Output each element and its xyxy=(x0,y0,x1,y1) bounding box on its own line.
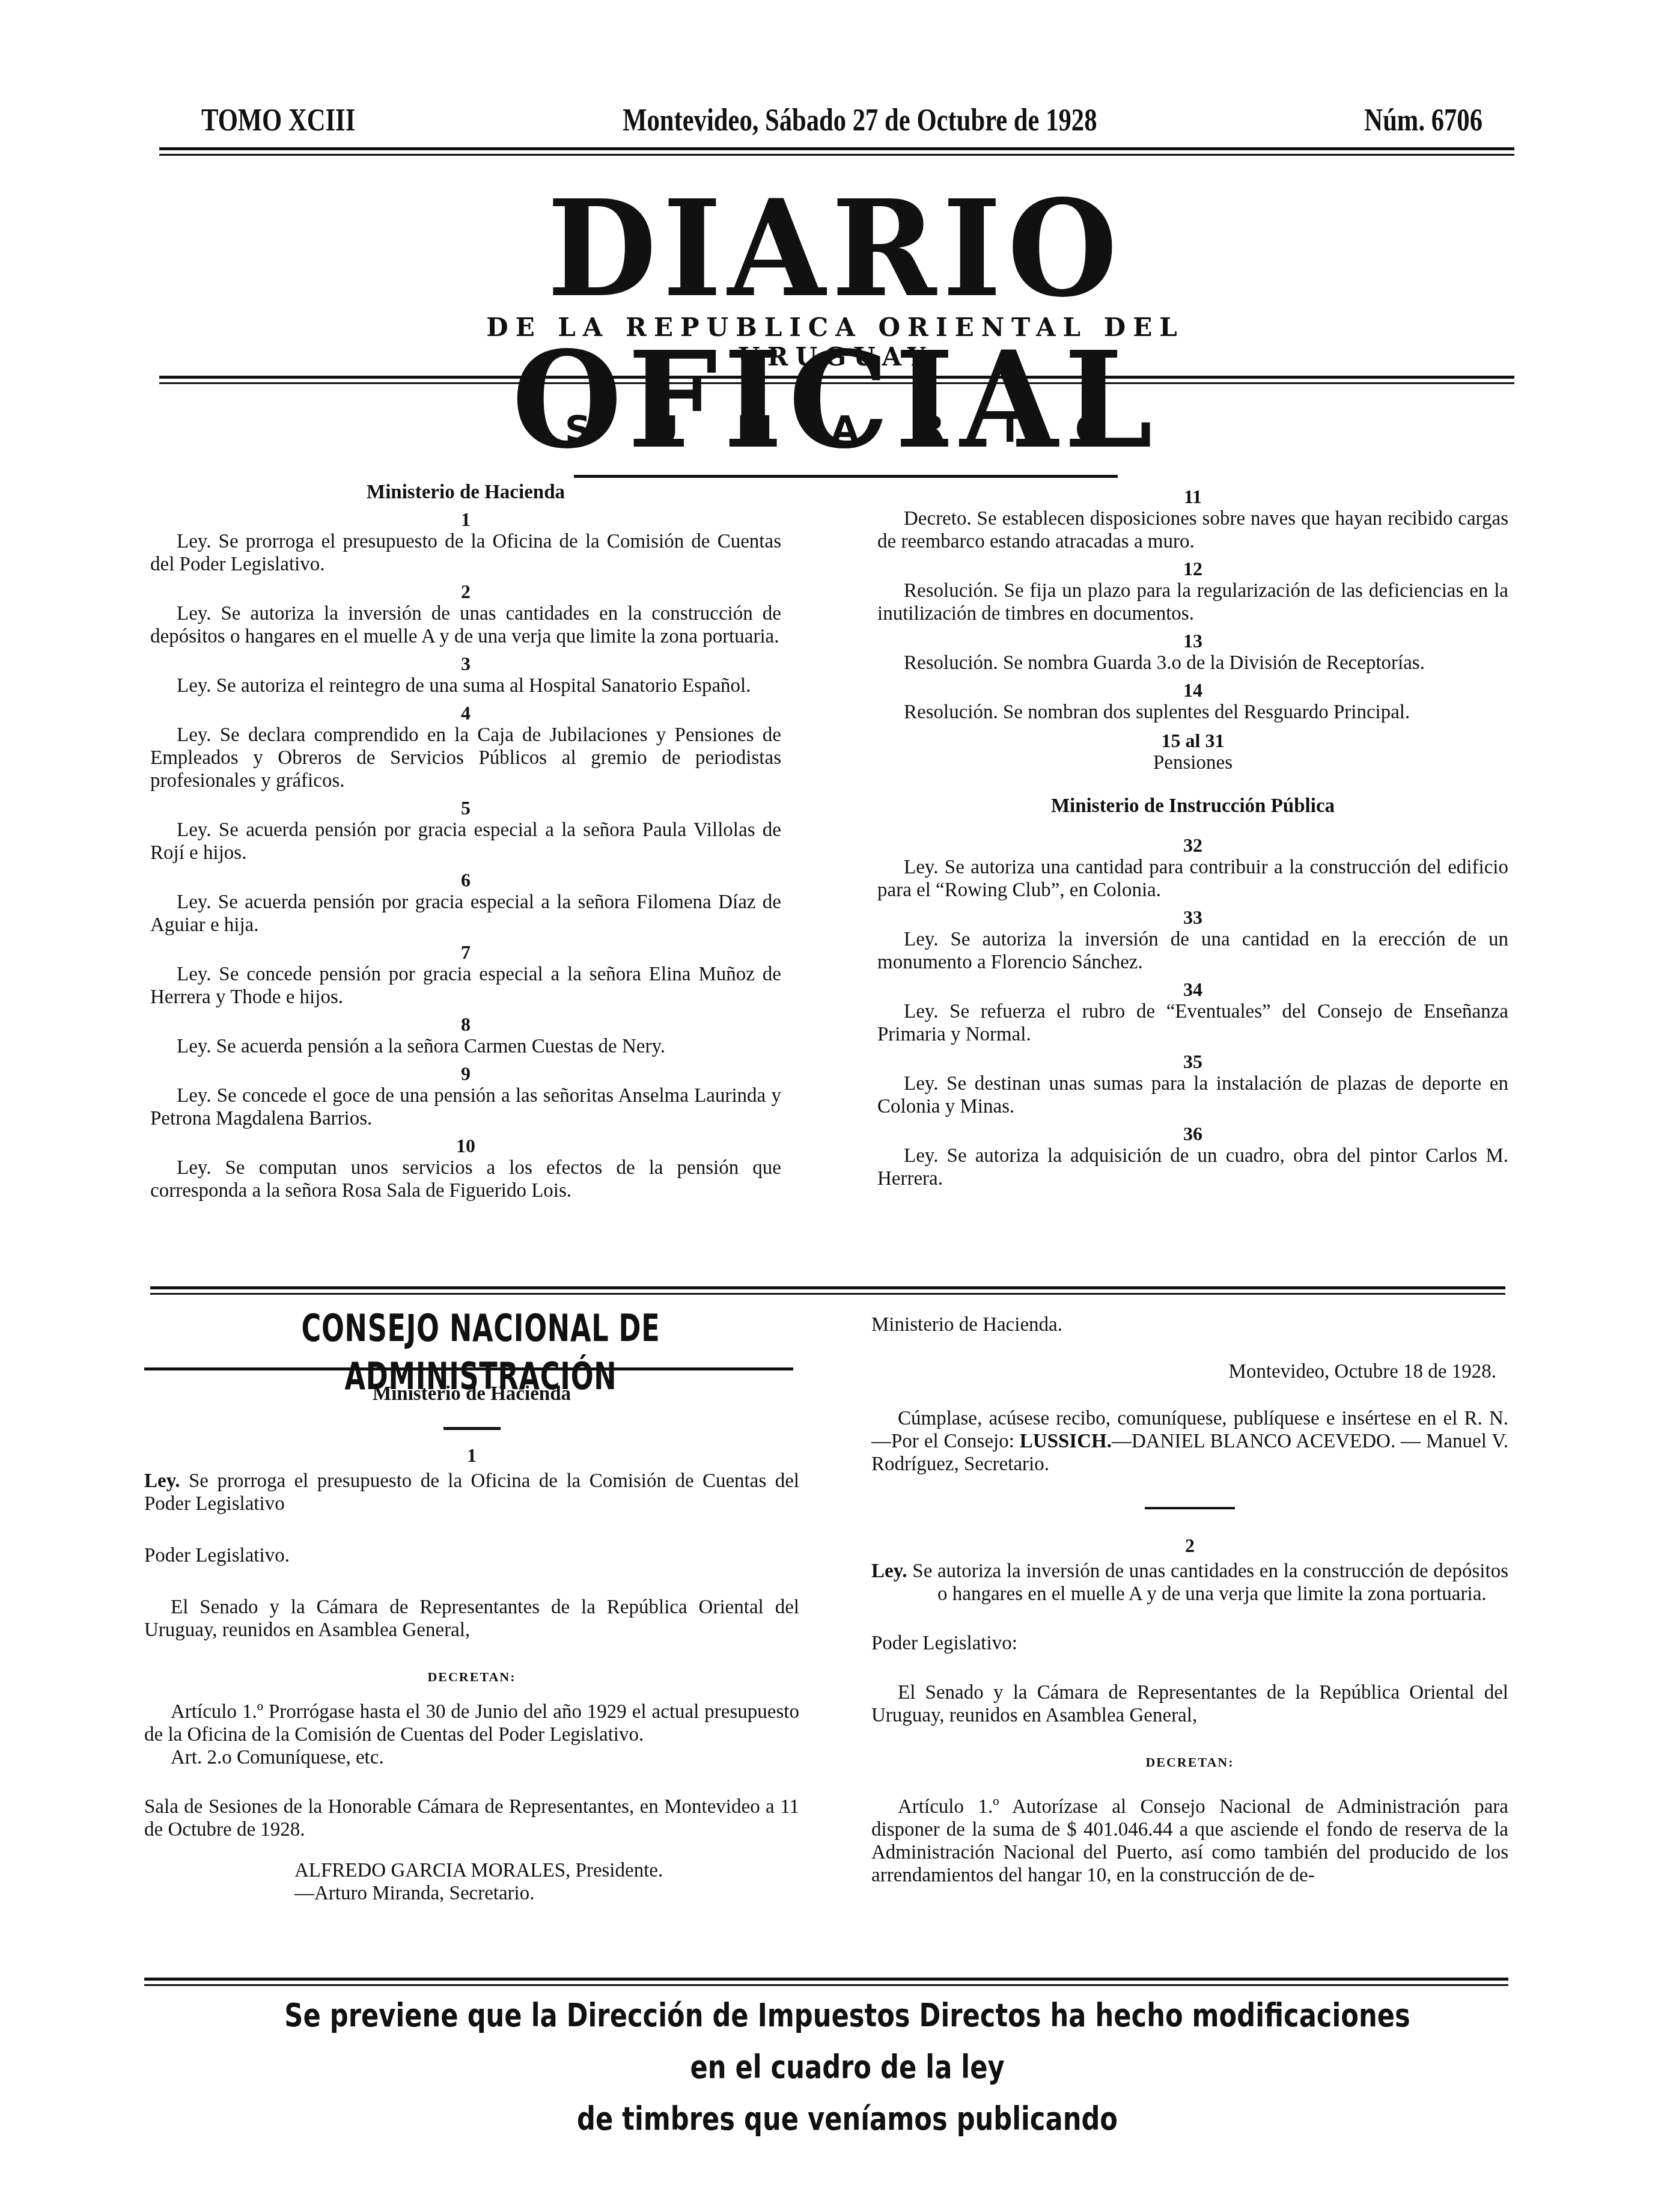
sumario-item: Ley. Se prorroga el presupuesto de la Of… xyxy=(150,530,781,576)
item-number: 9 xyxy=(150,1063,781,1084)
issue-number: Núm. 6706 xyxy=(1364,103,1483,138)
sumario-item: Ley. Se refuerza el rubro de “Eventuales… xyxy=(877,1000,1508,1046)
sumario-item: Ley. Se autoriza la inversión de una can… xyxy=(877,928,1508,974)
sumario-item: Ley. Se computan unos servicios a los ef… xyxy=(150,1156,781,1202)
notice-line-1: Se previene que la Dirección de Impuesto… xyxy=(275,1990,1419,2093)
sumario-item: Ley. Se acuerda pensión por gracia espec… xyxy=(150,891,781,936)
item-number: 8 xyxy=(150,1013,781,1035)
sumario-item: Ley. Se concede el goce de una pensión a… xyxy=(150,1084,781,1130)
date-line: Montevideo, Octubre 18 de 1928. xyxy=(871,1360,1508,1383)
item-number: 14 xyxy=(877,679,1508,701)
masthead-rule xyxy=(159,376,1514,384)
item-number: 5 xyxy=(150,797,781,819)
sumario-letter: I xyxy=(1004,409,1017,451)
sumario-item: Ley. Se autoriza la inversión de unas ca… xyxy=(150,602,781,648)
body-right-column: Ministerio de Hacienda. Montevideo, Octu… xyxy=(871,1313,1508,1887)
body-left-column: Ministerio de Hacienda 1 Ley. Se prorrog… xyxy=(144,1382,799,1905)
sumario-item: Ley. Se acuerda pensión por gracia espec… xyxy=(150,819,781,864)
pensiones-label: Pensiones xyxy=(877,751,1508,774)
sumario-letter: U xyxy=(649,409,678,451)
sumario-item: Resolución. Se nombran dos suplentes del… xyxy=(877,701,1508,724)
sumario-item: Ley. Se autoriza el reintegro de una sum… xyxy=(150,674,781,697)
item-number: 4 xyxy=(150,702,781,724)
sumario-item: Ley. Se declara comprendido en la Caja d… xyxy=(150,724,781,792)
poder-legislativo: Poder Legislativo: xyxy=(871,1632,1508,1655)
sumario-letter: R xyxy=(917,409,945,451)
poder-legislativo: Poder Legislativo. xyxy=(144,1544,799,1567)
notice-banner: Se previene que la Dirección de Impuesto… xyxy=(275,1990,1419,2145)
item-number: 33 xyxy=(877,906,1508,928)
item-number: 2 xyxy=(871,1535,1508,1556)
item-number: 2 xyxy=(150,581,781,602)
item-number: 7 xyxy=(150,941,781,963)
cumplase-paragraph: Cúmplase, acúsese recibo, comuníquese, p… xyxy=(871,1407,1508,1476)
masthead-subtitle: DE LA REPUBLICA ORIENTAL DEL URUGUAY xyxy=(385,313,1286,371)
sumario-item: Resolución. Se fija un plazo para la reg… xyxy=(877,579,1508,625)
signer-lussich: LUSSICH. xyxy=(1020,1431,1112,1452)
sumario-item: Ley. Se destinan unas sumas para la inst… xyxy=(877,1072,1508,1118)
section-heading: Ministerio de Hacienda xyxy=(144,1382,799,1405)
ministerio-label: Ministerio de Hacienda. xyxy=(871,1313,1508,1336)
sumario-item: Ley. Se autoriza una cantidad para contr… xyxy=(877,856,1508,902)
tomo-label: TOMO XCIII xyxy=(201,103,355,138)
article-1: Artículo 1.º Autorízase al Consejo Nacio… xyxy=(871,1795,1508,1887)
sumario-rule xyxy=(574,475,1118,478)
item-number: 34 xyxy=(877,979,1508,1000)
short-rule xyxy=(1145,1507,1235,1509)
sumario-item: Ley. Se autoriza la adquisición de un cu… xyxy=(877,1144,1508,1190)
issue-info-bar: TOMO XCIII Montevideo, Sábado 27 de Octu… xyxy=(201,96,1483,144)
item-number: 12 xyxy=(877,558,1508,579)
item-number: 1 xyxy=(144,1444,799,1466)
senado-paragraph: El Senado y la Cámara de Representantes … xyxy=(144,1596,799,1642)
ley-summary: Ley. Se prorroga el presupuesto de la Of… xyxy=(144,1470,799,1515)
decretan-label: DECRETAN: xyxy=(144,1666,799,1688)
sumario-item: Ley. Se acuerda pensión a la señora Carm… xyxy=(150,1035,781,1058)
sumario-bottom-rule xyxy=(150,1286,1505,1295)
item-number: 6 xyxy=(150,869,781,891)
item-number: 3 xyxy=(150,653,781,674)
item-number: 1 xyxy=(150,509,781,530)
signature-president: ALFREDO GARCIA MORALES, Presidente. xyxy=(144,1859,799,1882)
sumario-item: Resolución. Se nombra Guarda 3.o de la D… xyxy=(877,652,1508,674)
sumario-title: SUMARIO xyxy=(565,409,1106,451)
ley-summary: Ley. Se autoriza la inversión de unas ca… xyxy=(871,1560,1508,1606)
decretan-label: DECRETAN: xyxy=(871,1751,1508,1774)
dateline: Montevideo, Sábado 27 de Octubre de 1928 xyxy=(623,103,1097,138)
item-number: 36 xyxy=(877,1123,1508,1144)
sumario-letter: O xyxy=(1075,409,1106,451)
article-1: Artículo 1.º Prorrógase hasta el 30 de J… xyxy=(144,1700,799,1746)
notice-rule xyxy=(144,1978,1508,1986)
header-rule xyxy=(159,147,1514,156)
sumario-item: Decreto. Se establecen disposiciones sob… xyxy=(877,507,1508,553)
item-number: 13 xyxy=(877,630,1508,652)
item-number: 35 xyxy=(877,1051,1508,1072)
newspaper-page: TOMO XCIII Montevideo, Sábado 27 de Octu… xyxy=(0,0,1673,2212)
short-rule xyxy=(443,1427,501,1430)
ley-label: Ley. xyxy=(144,1470,180,1492)
sumario-letter: M xyxy=(737,409,773,451)
ley-text: Se prorroga el presupuesto de la Oficina… xyxy=(144,1470,799,1515)
section-heading: Ministerio de Hacienda xyxy=(150,481,781,504)
sumario-item: Ley. Se concede pensión por gracia espec… xyxy=(150,963,781,1009)
article-2: Art. 2.o Comuníquese, etc. xyxy=(144,1746,799,1769)
sumario-letter: A xyxy=(831,409,859,451)
pensiones-range: 15 al 31 xyxy=(877,730,1508,751)
sala-sesiones: Sala de Sesiones de la Honorable Cámara … xyxy=(144,1795,799,1841)
sumario-letter: S xyxy=(565,409,591,451)
item-number: 10 xyxy=(150,1135,781,1156)
consejo-rule xyxy=(144,1367,793,1370)
signature-secretary: —Arturo Miranda, Secretario. xyxy=(144,1882,799,1905)
ley-text: Se autoriza la inversión de unas cantida… xyxy=(912,1560,1508,1605)
item-number: 11 xyxy=(877,486,1508,507)
sumario-right-column: 11Decreto. Se establecen disposiciones s… xyxy=(877,481,1508,1190)
section-heading: Ministerio de Instrucción Pública xyxy=(877,795,1508,817)
ley-label: Ley. xyxy=(871,1560,907,1582)
sumario-left-column: Ministerio de Hacienda 1Ley. Se prorroga… xyxy=(150,481,781,1202)
notice-line-2: de timbres que veníamos publicando xyxy=(275,2093,1419,2145)
item-number: 32 xyxy=(877,834,1508,856)
senado-paragraph: El Senado y la Cámara de Representantes … xyxy=(871,1681,1508,1727)
